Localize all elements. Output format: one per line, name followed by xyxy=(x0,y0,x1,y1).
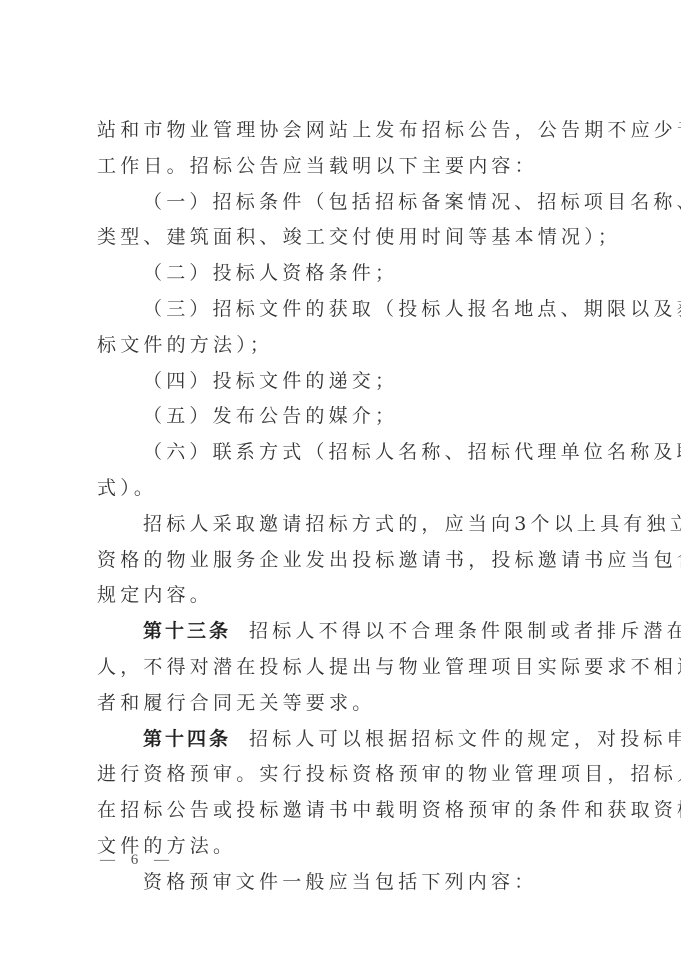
document-body: 站和市物业管理协会网站上发布招标公告，公告期不应少于5个 工作日。招标公告应当载… xyxy=(97,113,609,901)
list-item-5: （五）发布公告的媒介； xyxy=(97,399,609,435)
page-number: — 6 — xyxy=(100,852,175,869)
text-line: 类型、建筑面积、竣工交付使用时间等基本情况）； xyxy=(97,220,609,256)
list-item-2: （二）投标人资格条件； xyxy=(97,256,609,292)
list-item-6: （六）联系方式（招标人名称、招标代理单位名称及联系方 xyxy=(97,435,609,471)
text-line: 式）。 xyxy=(97,471,609,507)
text-line: 人，不得对潜在投标人提出与物业管理项目实际要求不相适应或 xyxy=(97,650,609,686)
text-line: 资格的物业服务企业发出投标邀请书，投标邀请书应当包含前款 xyxy=(97,543,609,579)
text-line: 进行资格预审。实行投标资格预审的物业管理项目，招标人应当 xyxy=(97,757,609,793)
text-line: 在招标公告或投标邀请书中载明资格预审的条件和获取资格预审 xyxy=(97,793,609,829)
text-line: 规定内容。 xyxy=(97,578,609,614)
paragraph-start: 资格预审文件一般应当包括下列内容： xyxy=(97,865,609,901)
article-14: 第十四条招标人可以根据招标文件的规定，对投标申请人 xyxy=(97,722,609,758)
article-heading: 第十三条 xyxy=(143,620,231,642)
text-line: 者和履行合同无关等要求。 xyxy=(97,686,609,722)
article-text: 招标人可以根据招标文件的规定，对投标申请人 xyxy=(249,728,681,750)
article-text: 招标人不得以不合理条件限制或者排斥潜在投标 xyxy=(249,620,681,642)
list-item-4: （四）投标文件的递交； xyxy=(97,364,609,400)
text-line: 标文件的方法）； xyxy=(97,328,609,364)
text-line: 站和市物业管理协会网站上发布招标公告，公告期不应少于5个 xyxy=(97,113,609,149)
article-heading: 第十四条 xyxy=(143,728,231,750)
article-13: 第十三条招标人不得以不合理条件限制或者排斥潜在投标 xyxy=(97,614,609,650)
list-item-1: （一）招标条件（包括招标备案情况、招标项目名称、地址、 xyxy=(97,185,609,221)
paragraph-start: 招标人采取邀请招标方式的，应当向3个以上具有独立法人 xyxy=(97,507,609,543)
text-line: 工作日。招标公告应当载明以下主要内容： xyxy=(97,149,609,185)
list-item-3: （三）招标文件的获取（投标人报名地点、期限以及获取招 xyxy=(97,292,609,328)
